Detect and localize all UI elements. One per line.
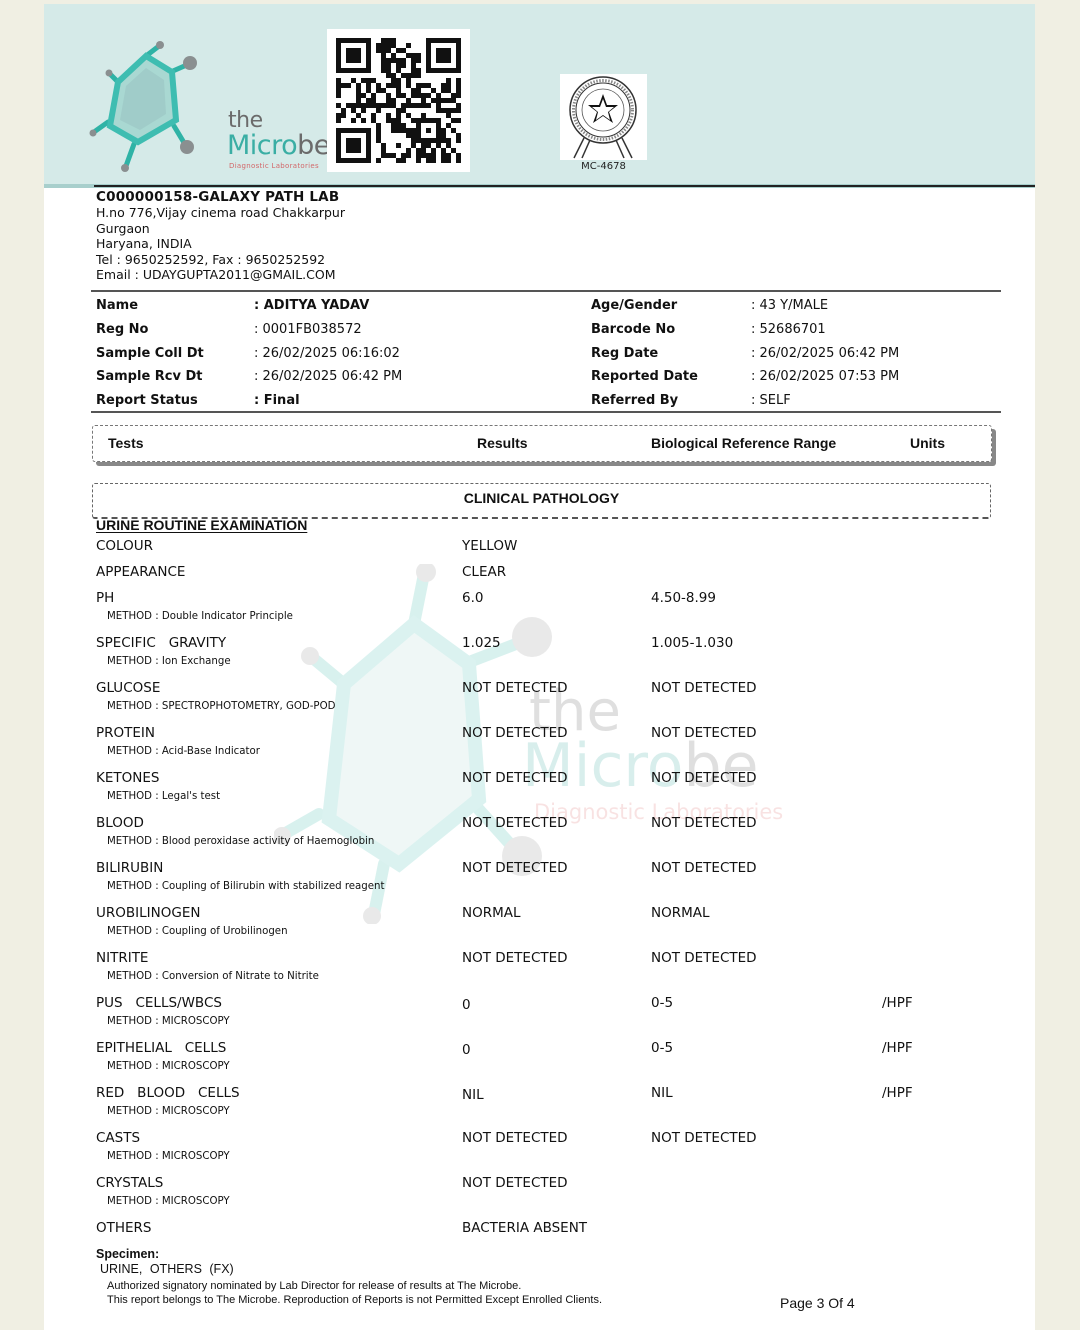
test-reference-range: 1.005-1.030 [651,635,733,651]
lab-email: Email : UDAYGUPTA2011@GMAIL.COM [96,267,345,282]
results-column-header: Tests Results Biological Reference Range… [92,425,992,462]
test-result: NOT DETECTED [462,725,568,741]
section-title: URINE ROUTINE EXAMINATION [96,517,307,533]
test-result: YELLOW [462,538,517,554]
patient-field: Reg Date: 26/02/2025 06:42 PM [591,342,899,366]
reg-date: : 26/02/2025 06:42 PM [751,342,899,366]
test-unit: /HPF [882,1040,913,1056]
reproduction-note: This report belongs to The Microbe. Repr… [107,1294,602,1306]
qr-code [327,29,470,172]
test-result: NOT DETECTED [462,950,568,966]
test-reference-range: NORMAL [651,905,710,921]
test-result: 1.025 [462,635,501,651]
field-label: Report Status [96,389,254,413]
test-unit: /HPF [882,1085,913,1101]
logo-text-be: be [297,130,330,161]
test-result: BACTERIA ABSENT [462,1220,587,1236]
test-reference-range: NIL [651,1085,673,1101]
test-method: METHOD : Legal's test [107,791,220,802]
test-method: METHOD : MICROSCOPY [107,1196,230,1207]
test-result: 0 [462,1042,471,1058]
field-label: Reg Date [591,342,751,366]
test-method: METHOD : SPECTROPHOTOMETRY, GOD-POD [107,701,335,712]
test-method: METHOD : Double Indicator Principle [107,611,293,622]
test-result: NORMAL [462,905,521,921]
field-label: Reported Date [591,365,751,389]
patient-info-right: Age/Gender: 43 Y/MALE Barcode No: 526867… [591,294,899,413]
report-status: : Final [254,389,300,413]
logo-subtitle: Diagnostic Laboratories [229,162,319,170]
test-name: PROTEIN [96,725,155,741]
lab-state: Haryana, INDIA [96,236,345,251]
test-name: RED BLOOD CELLS [96,1085,240,1101]
barcode-no: : 52686701 [751,318,826,342]
test-reference-range: NOT DETECTED [651,950,757,966]
column-range: Biological Reference Range [651,435,836,451]
signatory-note: Authorized signatory nominated by Lab Di… [107,1280,521,1292]
test-reference-range: NOT DETECTED [651,860,757,876]
test-result: NOT DETECTED [462,860,568,876]
field-label: Name [96,294,254,318]
patient-info-top-rule [91,290,1001,292]
logo-text-micro: Micro [227,130,297,161]
test-reference-range: NOT DETECTED [651,680,757,696]
header-rule [94,185,1035,187]
field-label: Referred By [591,389,751,413]
specimen-label: Specimen: [96,1247,159,1261]
test-reference-range: NOT DETECTED [651,1130,757,1146]
field-label: Sample Coll Dt [96,342,254,366]
test-method: METHOD : MICROSCOPY [107,1061,230,1072]
test-name: GLUCOSE [96,680,160,696]
test-result: NOT DETECTED [462,1175,568,1191]
test-name: UROBILINOGEN [96,905,200,921]
test-reference-range: 0-5 [651,1040,673,1056]
column-tests: Tests [108,435,144,451]
test-name: PH [96,590,114,606]
lab-name: C000000158-GALAXY PATH LAB [96,190,345,205]
test-method: METHOD : Blood peroxidase activity of Ha… [107,836,374,847]
test-result: 6.0 [462,590,483,606]
test-result: 0 [462,997,471,1013]
test-unit: /HPF [882,995,913,1011]
test-name: APPEARANCE [96,564,185,580]
test-result: NOT DETECTED [462,770,568,786]
accreditation-code: MC-4678 [560,161,647,172]
test-method: METHOD : MICROSCOPY [107,1151,230,1162]
accreditation-seal [560,74,647,160]
watermark-text-microbe: Microbe [522,736,758,796]
reported-date: : 26/02/2025 07:53 PM [751,365,899,389]
patient-field: Sample Rcv Dt: 26/02/2025 06:42 PM [96,365,402,389]
column-units: Units [910,435,945,451]
test-method: METHOD : Acid-Base Indicator [107,746,260,757]
watermark-text-be: be [683,731,758,801]
lab-details: C000000158-GALAXY PATH LAB H.no 776,Vija… [96,190,345,282]
referred-by: : SELF [751,389,791,413]
column-results: Results [477,435,528,451]
molecule-logo-icon [84,34,224,174]
patient-field: Barcode No: 52686701 [591,318,899,342]
test-name: BLOOD [96,815,144,831]
test-name: NITRITE [96,950,148,966]
test-reference-range: NOT DETECTED [651,725,757,741]
field-label: Sample Rcv Dt [96,365,254,389]
field-label: Age/Gender [591,294,751,318]
patient-name: : ADITYA YADAV [254,294,369,318]
field-label: Reg No [96,318,254,342]
test-method: METHOD : MICROSCOPY [107,1016,230,1027]
patient-field: Referred By: SELF [591,389,899,413]
nabl-seal-icon [560,74,647,160]
patient-field: Sample Coll Dt: 26/02/2025 06:16:02 [96,342,402,366]
field-label: Barcode No [591,318,751,342]
lab-address: H.no 776,Vijay cinema road Chakkarpur [96,205,345,220]
test-name: OTHERS [96,1220,152,1236]
test-result: NOT DETECTED [462,1130,568,1146]
patient-field: Reported Date: 26/02/2025 07:53 PM [591,365,899,389]
test-name: CASTS [96,1130,140,1146]
reg-no: : 0001FB038572 [254,318,362,342]
specimen-value: URINE, OTHERS (FX) [100,1262,234,1276]
test-reference-range: NOT DETECTED [651,770,757,786]
test-name: CRYSTALS [96,1175,163,1191]
test-reference-range: NOT DETECTED [651,815,757,831]
test-result: CLEAR [462,564,506,580]
test-name: COLOUR [96,538,153,554]
test-method: METHOD : Conversion of Nitrate to Nitrit… [107,971,319,982]
age-gender: : 43 Y/MALE [751,294,828,318]
page-number: Page 3 Of 4 [780,1295,855,1311]
test-name: BILIRUBIN [96,860,163,876]
microbe-logo: the Microbe Diagnostic Laboratories [84,34,344,174]
lab-city: Gurgaon [96,221,345,236]
test-result: NIL [462,1087,484,1103]
logo-text-microbe: Microbe [227,130,330,161]
test-method: METHOD : Coupling of Bilirubin with stab… [107,881,385,892]
test-method: METHOD : MICROSCOPY [107,1106,230,1117]
lab-phone: Tel : 9650252592, Fax : 9650252592 [96,252,345,267]
watermark-text-micro: Micro [522,731,683,801]
test-reference-range: 4.50-8.99 [651,590,716,606]
patient-field: Reg No: 0001FB038572 [96,318,402,342]
department-heading: CLINICAL PATHOLOGY [92,483,991,519]
test-name: SPECIFIC GRAVITY [96,635,226,651]
test-name: KETONES [96,770,159,786]
test-reference-range: 0-5 [651,995,673,1011]
sample-coll-dt: : 26/02/2025 06:16:02 [254,342,400,366]
test-result: NOT DETECTED [462,815,568,831]
sample-rcv-dt: : 26/02/2025 06:42 PM [254,365,402,389]
patient-info-left: Name: ADITYA YADAV Reg No: 0001FB038572 … [96,294,402,413]
test-result: NOT DETECTED [462,680,568,696]
test-name: PUS CELLS/WBCS [96,995,222,1011]
test-method: METHOD : Ion Exchange [107,656,231,667]
test-method: METHOD : Coupling of Urobilinogen [107,926,288,937]
test-name: EPITHELIAL CELLS [96,1040,226,1056]
patient-field: Age/Gender: 43 Y/MALE [591,294,899,318]
report-page: the Microbe Diagnostic Laboratories MC-4… [44,4,1035,1330]
qr-code-icon [336,38,461,163]
patient-field: Report Status: Final [96,389,402,413]
patient-field: Name: ADITYA YADAV [96,294,402,318]
